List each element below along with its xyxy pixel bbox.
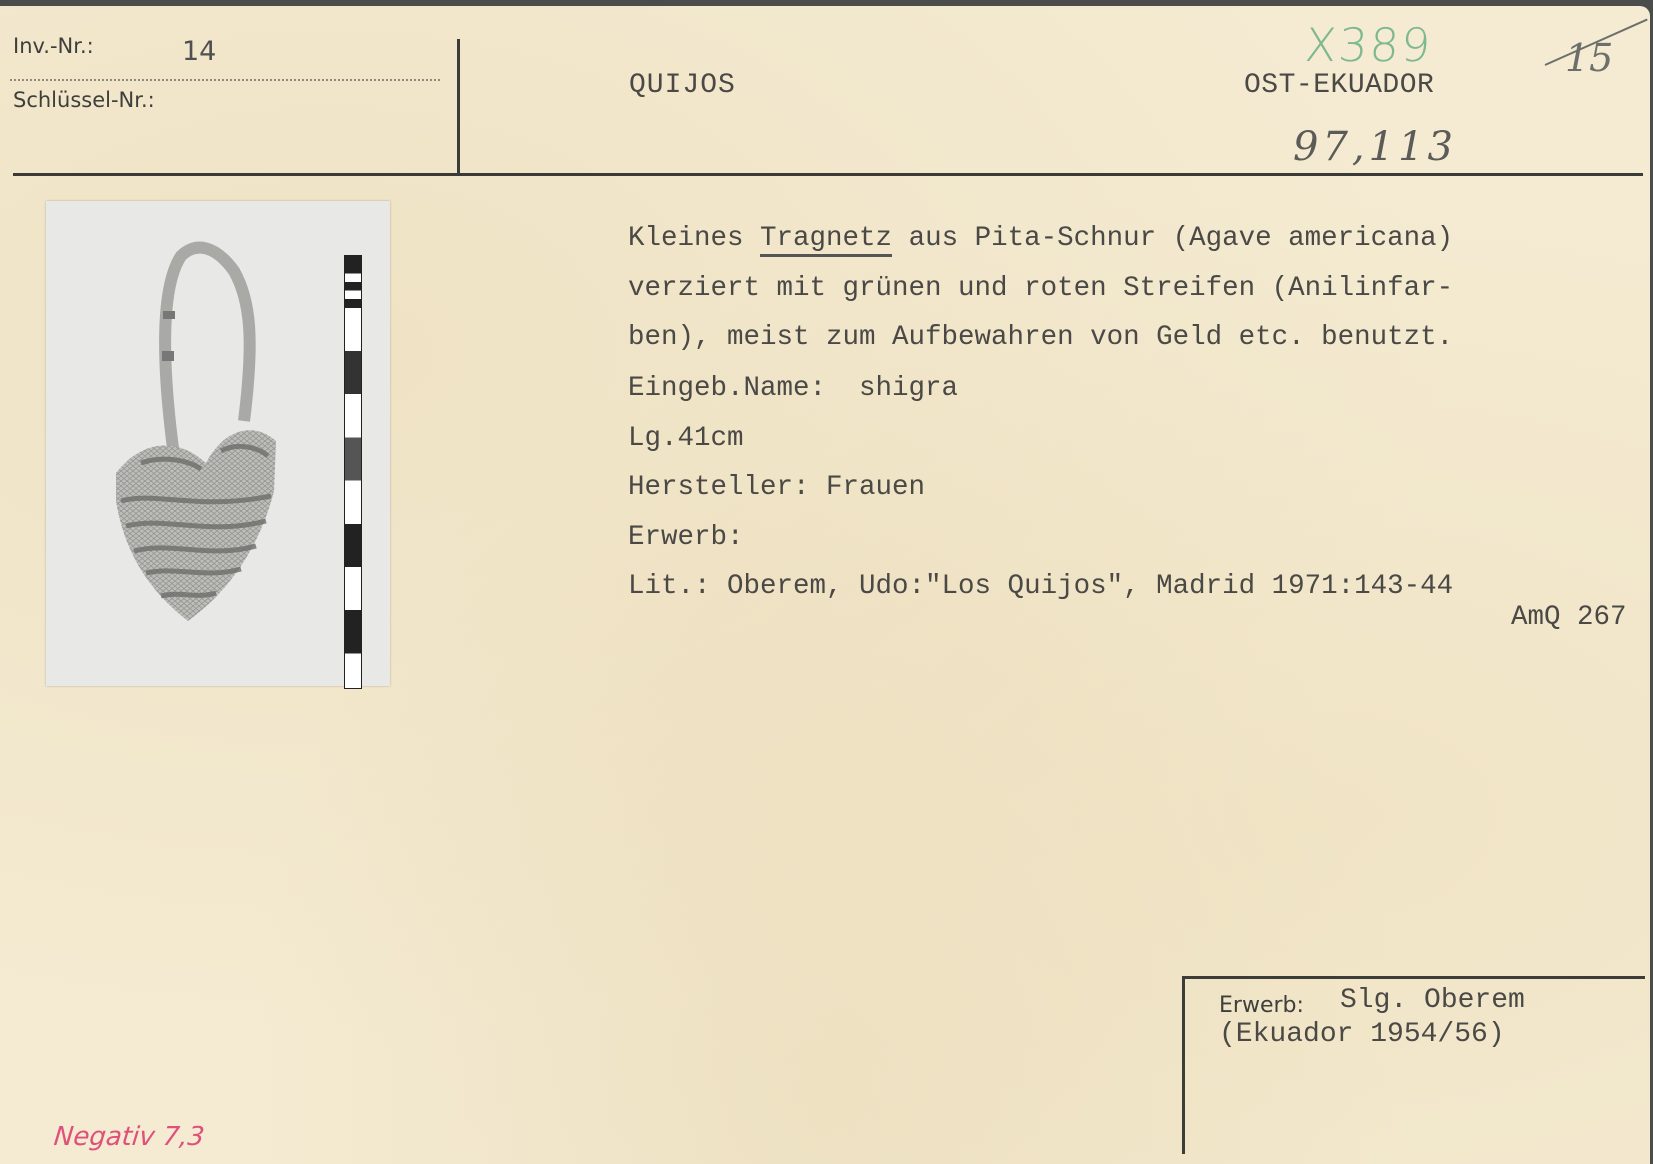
catalogue-card: Inv.-Nr.: 14 Schlüssel-Nr.: QUIJOS OST-E… xyxy=(0,6,1650,1164)
header-vertical-rule xyxy=(457,39,460,174)
literature-field: Lit.: Oberem, Udo:"Los Quijos", Madrid 1… xyxy=(628,562,1453,612)
inventory-number-value: 14 xyxy=(182,36,216,67)
header-horizontal-rule xyxy=(13,173,1643,176)
acquisition-collection: Slg. Oberem xyxy=(1340,984,1525,1018)
dotted-divider xyxy=(10,79,440,81)
underlined-term: Tragnetz xyxy=(760,223,892,257)
key-number-label: Schlüssel-Nr.: xyxy=(13,88,155,112)
region-name: OST-EKUADOR xyxy=(1244,70,1434,101)
acquisition-box-label: Erwerb: xyxy=(1219,993,1304,1018)
negative-note: Negativ 7,3 xyxy=(52,1122,205,1152)
description-line-1: Kleines Tragnetz aus Pita-Schnur (Agave … xyxy=(628,214,1653,264)
handwritten-crossed-number: 15 xyxy=(1565,36,1613,80)
object-fields: Eingeb.Name: shigra Lg.41cm Hersteller: … xyxy=(628,364,1453,612)
object-photograph xyxy=(46,201,390,686)
maker-field: Hersteller: Frauen xyxy=(628,463,1453,513)
inventory-number-label: Inv.-Nr.: xyxy=(13,34,94,58)
measuring-scale xyxy=(344,255,362,689)
acquisition-origin: (Ekuador 1954/56) xyxy=(1219,1018,1505,1052)
length-field: Lg.41cm xyxy=(628,414,1453,464)
handwritten-green-number: X389 xyxy=(1303,18,1434,72)
acquisition-box: Erwerb: Slg. Oberem (Ekuador 1954/56) xyxy=(1182,976,1645,1154)
acquisition-field: Erwerb: xyxy=(628,513,1453,563)
tribe-name: QUIJOS xyxy=(629,70,736,101)
object-description: Kleines Tragnetz aus Pita-Schnur (Agave … xyxy=(628,214,1653,363)
literature-reference: AmQ 267 xyxy=(1511,602,1627,633)
native-name-field: Eingeb.Name: shigra xyxy=(628,364,1453,414)
handwritten-pencil-number: 97,113 xyxy=(1293,124,1457,170)
description-line-2: verziert mit grünen und roten Streifen (… xyxy=(628,264,1653,314)
description-line-3: ben), meist zum Aufbewahren von Geld etc… xyxy=(628,313,1653,363)
net-bag-image xyxy=(46,201,390,686)
